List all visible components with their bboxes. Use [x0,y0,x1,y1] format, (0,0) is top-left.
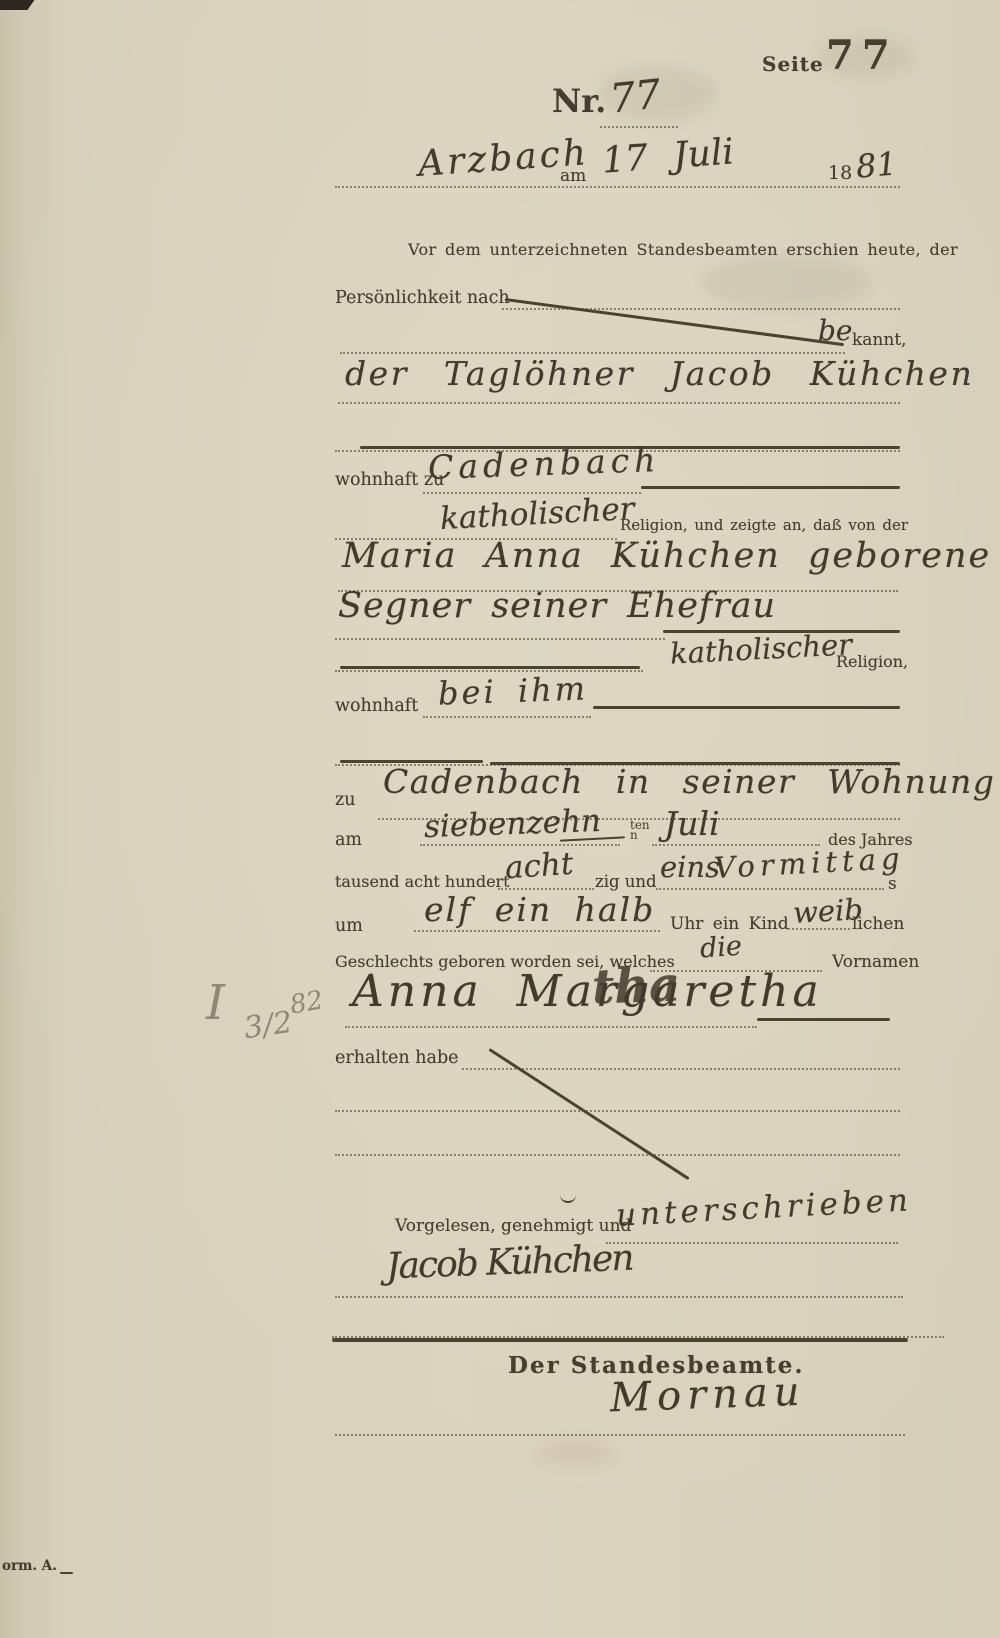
year-entry: 81 [854,144,898,185]
fill-line [335,1296,903,1298]
pen-stroke-blank [340,666,640,669]
persoenlichkeit-label: Persönlichkeit nach [335,288,510,308]
intro-line: Vor dem unterzeichneten Standesbeamten e… [408,240,958,259]
die-entry: die [699,931,743,965]
nr-label: Nr. [552,82,606,120]
pen-tick-mark [560,1192,576,1203]
zu-label: zu [335,790,356,810]
mother-maidenname-entry: Segner seiner Ehefrau [338,586,776,626]
fill-line [462,1068,900,1070]
seite-label: Seite [762,52,824,76]
vorgelesen-label: Vorgelesen, genehmigt und [395,1216,631,1236]
fill-line [420,844,620,846]
fill-line [423,716,591,718]
s-suffix-label: s [888,874,897,894]
religion-entry-1: katholischer [439,491,635,537]
fill-line [656,888,884,890]
birthtime-entry: elf ein halb [424,890,655,929]
decade-entry: acht [504,846,575,887]
fill-line [335,638,665,640]
fill-line [606,1242,898,1244]
am-day-label: am [335,830,362,850]
year-printed: 18 [828,162,852,184]
unterschrieben-entry: unterschrieben [615,1182,913,1233]
page-number: 77 [826,32,898,79]
religion-entry-2: katholischer [669,627,853,670]
pen-stroke-blank [593,706,900,709]
tausend-label: tausend acht hundert [335,872,510,891]
child-name-entry: Anna Margaretha [352,966,823,1017]
pen-stroke-blank [757,1018,890,1021]
closing-rule [332,1338,908,1342]
paper-stain [535,1440,615,1466]
fill-line [414,930,660,932]
religion-label-1: Religion, und zeigte an, daß von der [620,516,908,534]
bleedthrough-mark [700,255,870,310]
record-number-entry: 77 [608,71,663,122]
fill-line [335,1434,905,1436]
fill-line [335,1110,900,1112]
fill-line [335,186,900,188]
declarant-signature: Jacob Kühchen [385,1238,633,1288]
vornamen-label: Vornamen [832,952,919,972]
date-entry: 17 Juli [601,131,735,181]
fill-line [338,402,900,404]
pen-stroke-blank [641,486,900,489]
fill-line [600,126,678,128]
form-footer-label: orm. A. [2,1558,57,1574]
ten-suffix-label: ten n [630,820,650,840]
fill-line [335,670,643,672]
bekannt-entry: be [818,314,853,347]
pencil-note-symbol: I [206,975,225,1031]
fill-line [788,928,850,930]
units-entry: eins [660,850,720,884]
pencil-note-year: 82 [288,985,326,1020]
lichen-label: lichen [852,914,904,934]
form-footer-dash [60,1572,73,1574]
erhalten-habe-label: erhalten habe [335,1048,459,1068]
zig-und-label: zig und [595,872,657,891]
mother-name-entry: Maria Anna Kühchen geborene [342,536,991,576]
declarant-entry: der Taglöhner Jacob Kühchen [345,354,974,393]
um-label: um [335,916,363,936]
wohnhaft-entry: bei ihm [437,669,588,712]
vormittag-entry: Vormittag [713,841,905,885]
wohnhaft-label: wohnhaft [335,696,418,716]
residence-entry: Cadenbach [427,440,661,487]
pencil-note-fraction: 3/2 [242,1005,295,1046]
birthplace-entry: Cadenbach in seiner Wohnung [383,762,995,801]
am-label: am [560,166,586,186]
birth-record-document: Seite 77 Nr. 77 Arzbach am 17 Juli 18 81… [0,0,1000,1638]
scan-corner-mark [0,0,37,10]
kannt-label: kannt, [852,330,907,350]
birthmonth-entry: Juli [664,804,720,843]
official-signature: Mornau [609,1369,806,1422]
fill-line [345,1026,757,1028]
child-name-overwrite: tha [591,956,681,1015]
religion-label-2: Religion, [836,652,908,671]
fill-line [335,1154,900,1156]
